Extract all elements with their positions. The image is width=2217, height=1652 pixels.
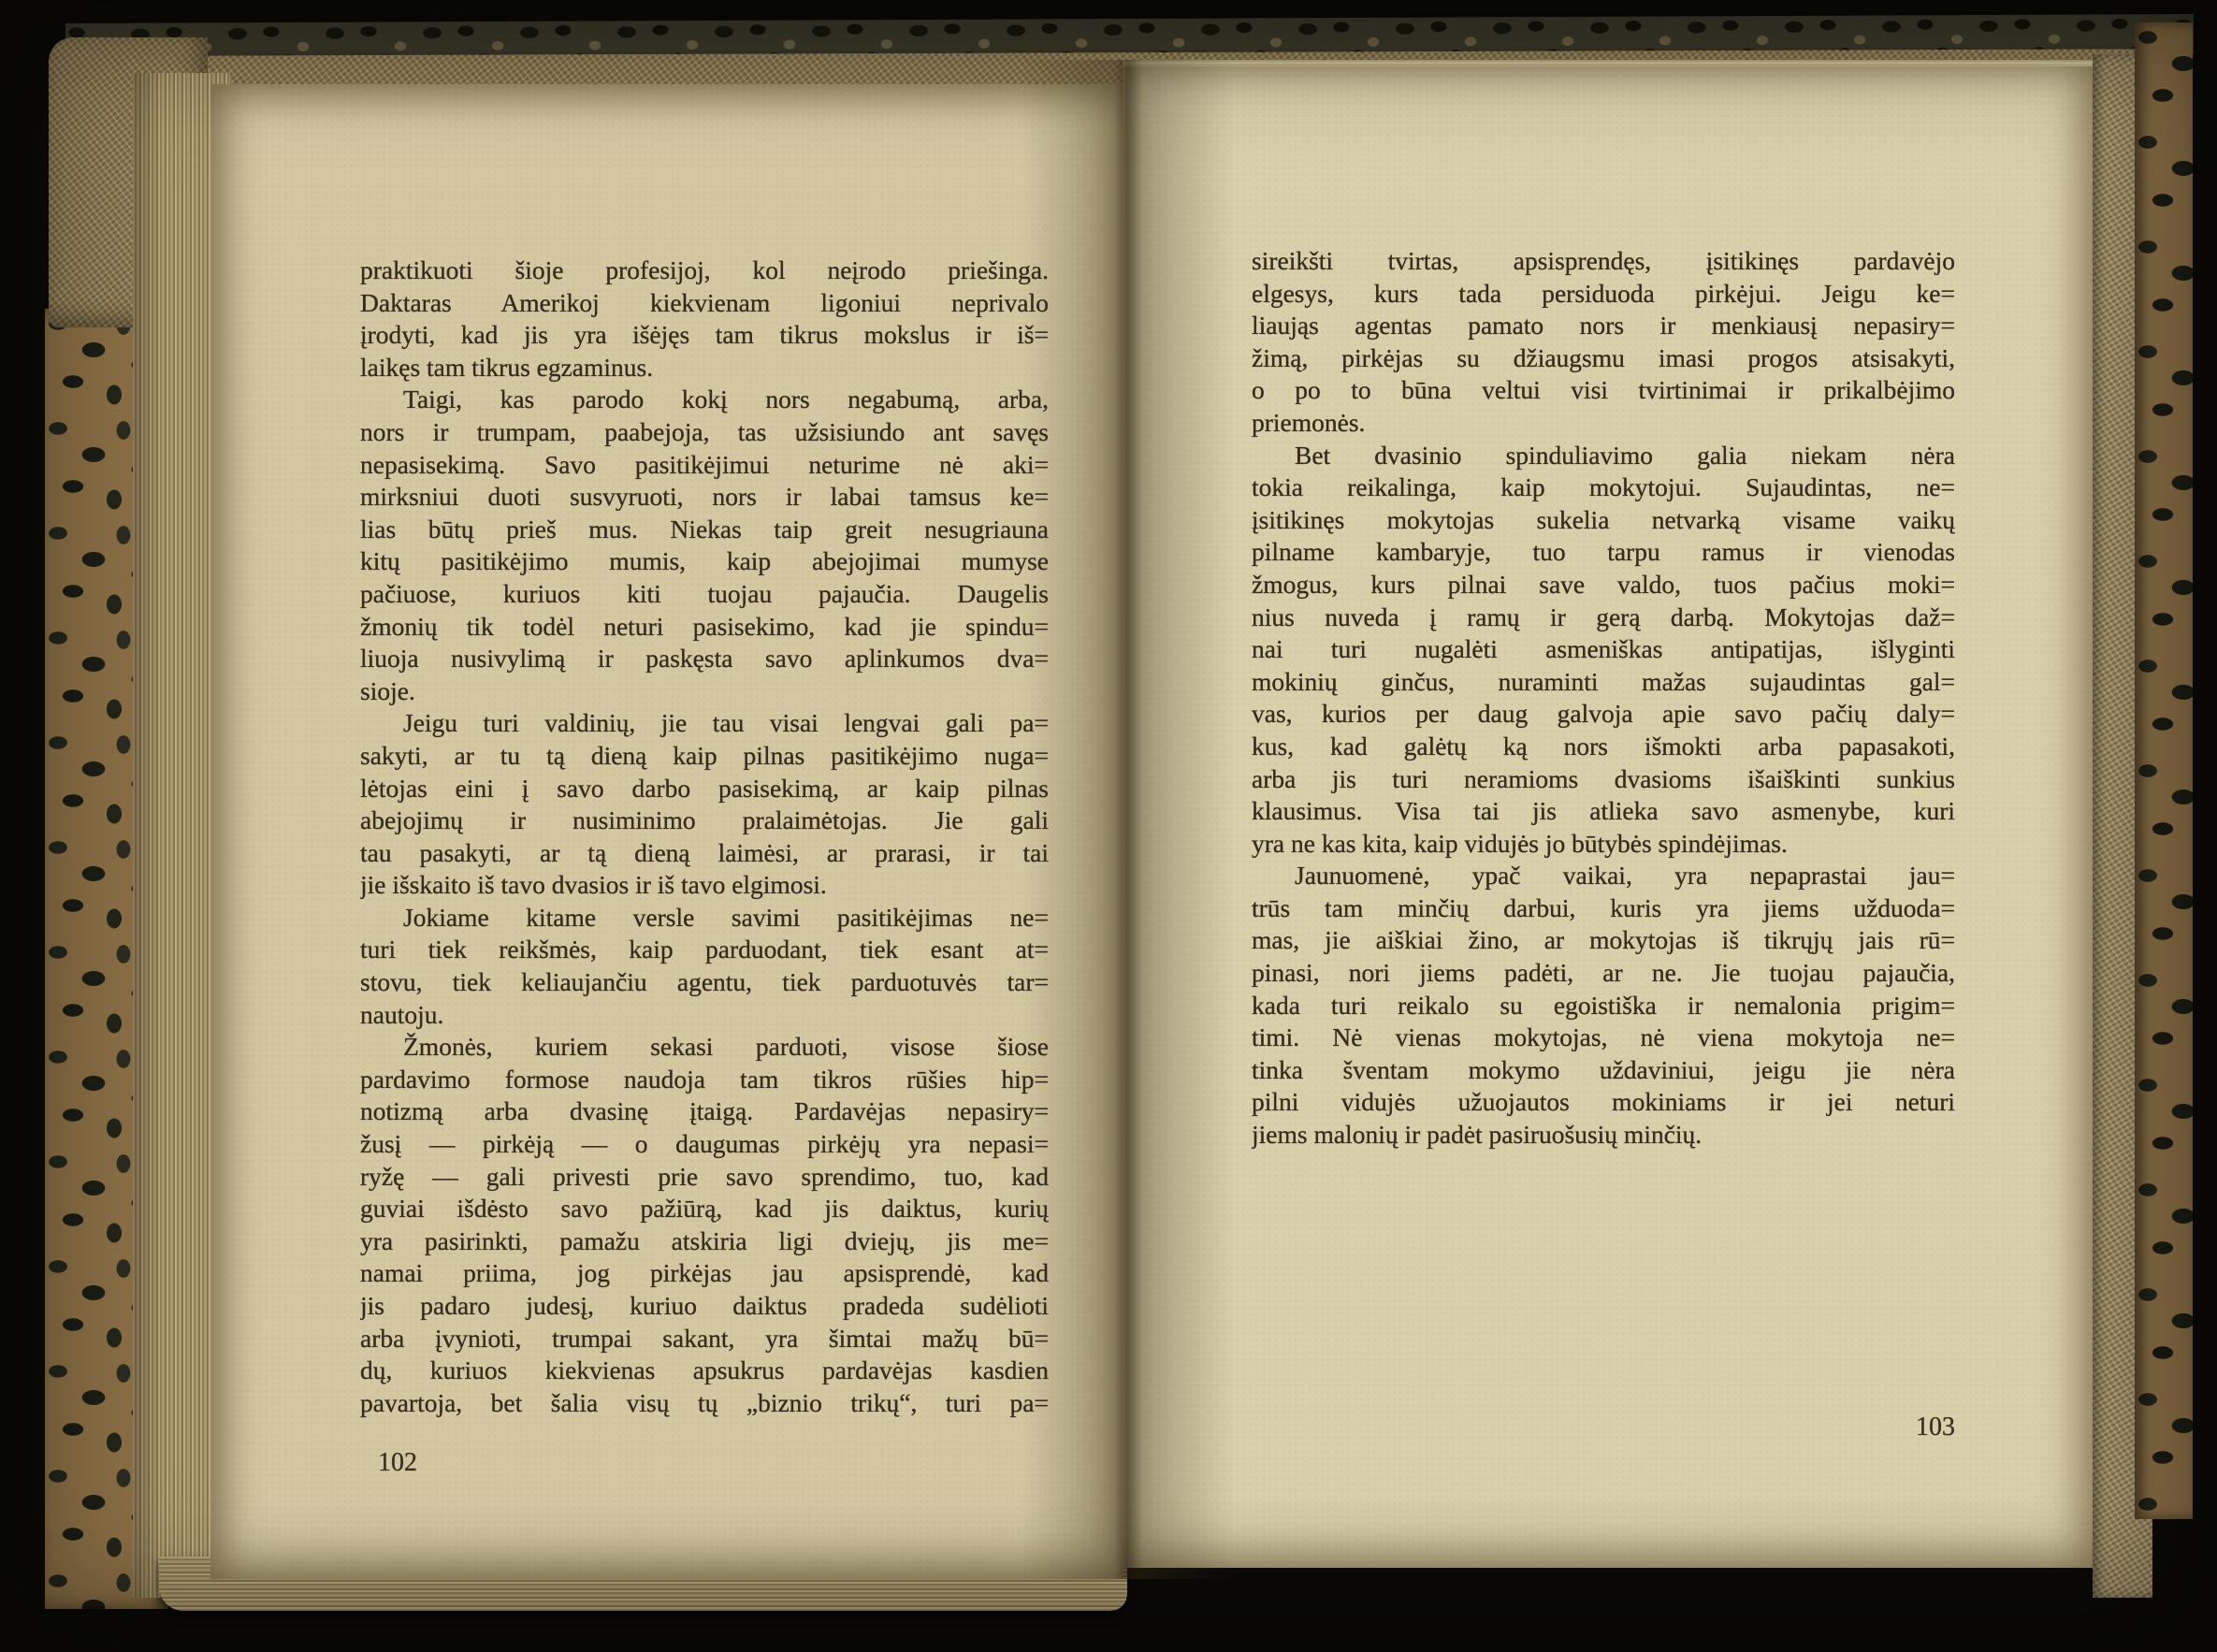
- text-line: nepasisekimą. Savo pasitikėjimui neturim…: [360, 449, 1049, 482]
- left-page-number: 102: [378, 1448, 417, 1478]
- text-line: mirksniui duoti susvyruoti, nors ir laba…: [360, 481, 1049, 514]
- text-line: priemonės.: [1252, 407, 1955, 440]
- text-line: abejojimų ir nusiminimo pralaimėtojas. J…: [360, 804, 1049, 837]
- text-line: nius nuveda į ramų ir gerą darbą. Mokyto…: [1252, 601, 1955, 634]
- text-line: nai turi nugalėti asmeniškas antipatijas…: [1252, 633, 1955, 666]
- text-line: Taigi, kas parodo kokį nors negabumą, ar…: [360, 384, 1049, 416]
- text-line: sioje.: [360, 675, 1049, 708]
- text-line: Jaunuomenė, ypač vaikai, yra nepaprastai…: [1252, 860, 1955, 892]
- text-line: Bet dvasinio spinduliavimo galia niekam …: [1252, 440, 1955, 472]
- text-line: o po to būna veltui visi tvirtinimai ir …: [1252, 374, 1955, 407]
- text-line: guviai išdėsto savo pažiūrą, kad jis dai…: [360, 1193, 1049, 1225]
- text-line: stovu, tiek keliaujančiu agentu, tiek pa…: [360, 966, 1049, 999]
- open-book-photo: praktikuoti šioje profesijoj, kol neįrod…: [0, 0, 2217, 1652]
- book-gutter-shadow: [1020, 60, 1235, 1579]
- text-line: arba jis turi neramioms dvasioms išaiški…: [1252, 763, 1955, 796]
- text-line: jis padaro judesį, kuriuo daiktus praded…: [360, 1290, 1049, 1323]
- text-line: žmogus, kurs pilnai save valdo, tuos pač…: [1252, 569, 1955, 601]
- text-line: įsitikinęs mokytojas sukelia netvarką vi…: [1252, 504, 1955, 537]
- text-line: pačiuose, kuriuos kiti tuojau pajaučia. …: [360, 578, 1049, 611]
- text-line: liaująs agentas pamato nors ir menkiausį…: [1252, 310, 1955, 342]
- text-line: pardavimo formose naudoja tam tikros rūš…: [360, 1064, 1049, 1096]
- right-page-number: 103: [1833, 1413, 1955, 1442]
- text-line: pinasi, nori jiems padėti, ar ne. Jie tu…: [1252, 957, 1955, 990]
- text-line: sireikšti tvirtas, apsisprendęs, įsitiki…: [1252, 245, 1955, 278]
- text-line: Žmonės, kuriem sekasi parduoti, visose š…: [360, 1031, 1049, 1064]
- text-line: liuoja nusivylimą ir paskęsta savo aplin…: [360, 643, 1049, 675]
- text-line: jiems malonių ir padėt pasiruošusių minč…: [1252, 1119, 1955, 1152]
- text-line: yra pasirinkti, pamažu atskiria ligi dvi…: [360, 1225, 1049, 1258]
- text-line: mas, jie aiškiai žino, ar mokytojas iš t…: [1252, 924, 1955, 957]
- text-line: kus, kad galėtų ką nors išmokti arba pap…: [1252, 731, 1955, 763]
- text-line: Jeigu turi valdinių, jie tau visai lengv…: [360, 707, 1049, 740]
- text-line: namai priima, jog pirkėjas jau apsispren…: [360, 1257, 1049, 1290]
- text-line: tokia reikalinga, kaip mokytojui. Sujaud…: [1252, 471, 1955, 504]
- text-line: vas, kurios per daug galvoja apie savo p…: [1252, 698, 1955, 731]
- text-line: yra ne kas kita, kaip vidujės jo būtybės…: [1252, 828, 1955, 861]
- text-line: mokinių ginčus, nuraminti mažas sujaudin…: [1252, 666, 1955, 699]
- text-line: tinka šventam mokymo uždaviniui, jeigu j…: [1252, 1054, 1955, 1087]
- text-line: arba įvynioti, trumpai sakant, yra šimta…: [360, 1323, 1049, 1355]
- text-line: turi tiek reikšmės, kaip parduodant, tie…: [360, 934, 1049, 966]
- text-line: dų, kuriuos kiekvienas apsukrus pardavėj…: [360, 1355, 1049, 1387]
- text-line: ryžę — gali privesti prie savo sprendimo…: [360, 1161, 1049, 1194]
- book-cover-marbled-right-edge: [2135, 22, 2193, 1519]
- text-line: kitų pasitikėjimo mumis, kaip abejojimai…: [360, 545, 1049, 578]
- text-line: lėtojas eini į savo darbo pasisekimą, ar…: [360, 773, 1049, 805]
- text-line: praktikuoti šioje profesijoj, kol neįrod…: [360, 254, 1049, 287]
- text-line: pavartoja, bet šalia visų tų „biznio tri…: [360, 1387, 1049, 1420]
- text-line: žmonių tik todėl neturi pasisekimo, kad …: [360, 611, 1049, 644]
- text-line: nautoju.: [360, 999, 1049, 1032]
- text-line: laikęs tam tikrus egzaminus.: [360, 352, 1049, 384]
- text-line: jie išskaito iš tavo dvasios ir iš tavo …: [360, 869, 1049, 902]
- text-line: timi. Nė vienas mokytojas, nė viena moky…: [1252, 1022, 1955, 1054]
- left-page-text: praktikuoti šioje profesijoj, kol neįrod…: [360, 254, 1049, 1419]
- text-line: Jokiame kitame versle savimi pasitikėjim…: [360, 902, 1049, 935]
- text-line: pilni vidujės užuojautos mokiniams ir je…: [1252, 1086, 1955, 1119]
- right-page-text: sireikšti tvirtas, apsisprendęs, įsitiki…: [1252, 245, 1955, 1152]
- text-line: notizmą arba dvasinę įtaigą. Pardavėjas …: [360, 1095, 1049, 1128]
- text-line: pilname kambaryje, tuo tarpu ramus ir vi…: [1252, 536, 1955, 569]
- text-line: klausimus. Visa tai jis atlieka savo asm…: [1252, 795, 1955, 828]
- text-line: lias būtų prieš mus. Niekas taip greit n…: [360, 514, 1049, 546]
- text-line: žimą, pirkėjas su džiaugsmu imasi progos…: [1252, 342, 1955, 375]
- text-line: tau pasakyti, ar tą dieną laimėsi, ar pr…: [360, 837, 1049, 870]
- text-line: įrodyti, kad jis yra išėjęs tam tikrus m…: [360, 319, 1049, 352]
- text-line: elgesys, kurs tada persiduoda pirkėjui. …: [1252, 278, 1955, 311]
- text-line: sakyti, ar tu tą dieną kaip pilnas pasit…: [360, 740, 1049, 773]
- text-line: nors ir trumpam, paabejoja, tas užsisiun…: [360, 416, 1049, 449]
- text-line: Daktaras Amerikoj kiekvienam ligoniui ne…: [360, 287, 1049, 320]
- text-line: kada turi reikalo su egoistiška ir nemal…: [1252, 990, 1955, 1022]
- text-line: trūs tam minčių darbui, kuris yra jiems …: [1252, 892, 1955, 925]
- text-line: žusį — pirkėją — o daugumas pirkėjų yra …: [360, 1128, 1049, 1161]
